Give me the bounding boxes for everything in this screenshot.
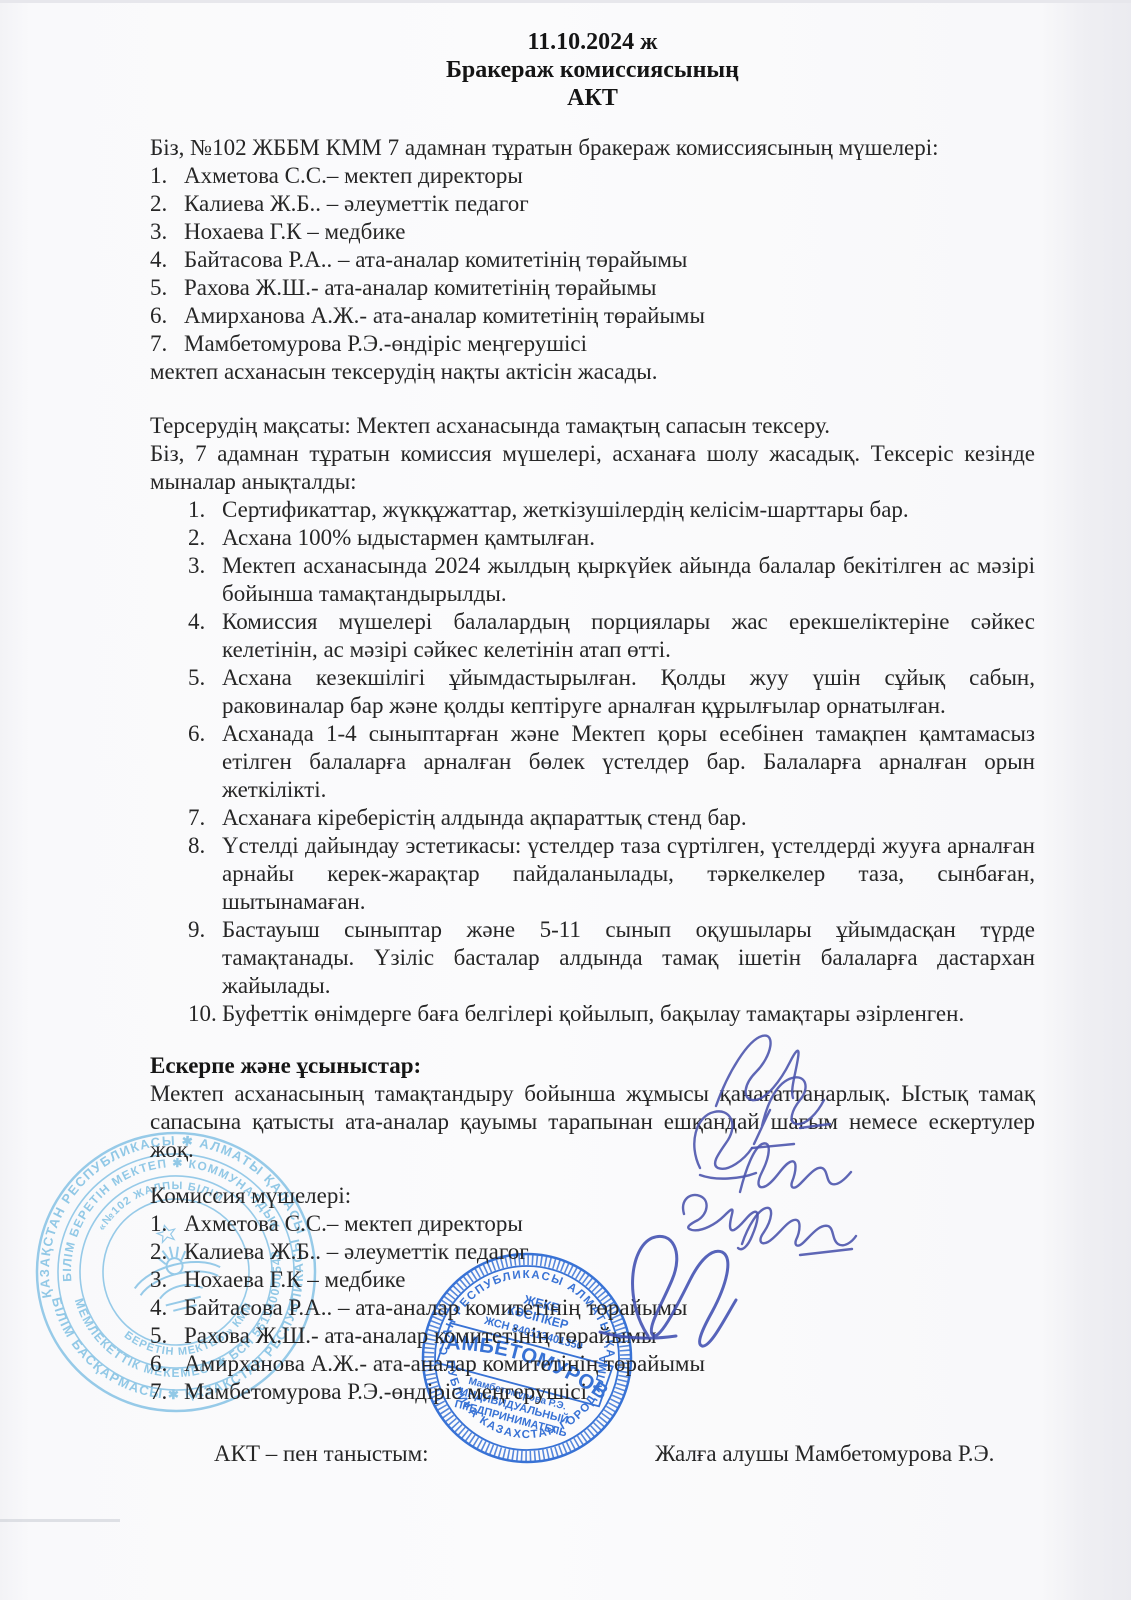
signatures-layer — [0, 0, 1131, 1600]
signature-mambetomurova — [600, 1236, 736, 1346]
signature-akhmetova — [716, 1036, 799, 1106]
scanned-act-page: { "document": { "date_line": "11.10.2024… — [0, 0, 1131, 1600]
signature-rakhova — [683, 1195, 758, 1249]
signature-baitasova — [740, 1143, 851, 1192]
signature-kalieva — [752, 1077, 824, 1148]
signature-amirkhanova — [742, 1208, 856, 1255]
